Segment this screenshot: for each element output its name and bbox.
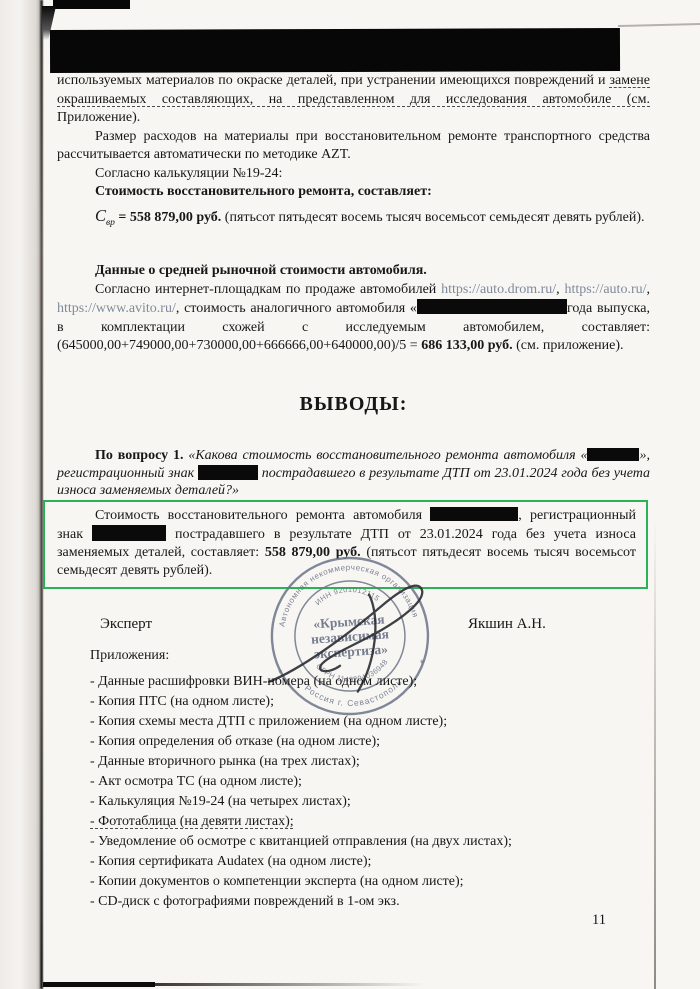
scan-corner-artifact [53, 0, 130, 9]
redaction-bar-top [50, 28, 620, 73]
page-number: 11 [592, 912, 606, 929]
paragraph-cost-title: Стоимость восстановительного ремонта, со… [57, 183, 650, 202]
paragraph-materials: используемых материалов по окраске детал… [57, 72, 650, 128]
formula-repair-cost: Свр = 558 879,00 руб. (пятьсот пятьдесят… [57, 204, 650, 235]
redaction-car-model [430, 507, 518, 521]
page-right-edge-shadow [654, 520, 656, 989]
paragraph-expenses: Размер расходов на материалы при восстан… [57, 128, 650, 165]
appendix-item: - Фототаблица (на девяти листах); [90, 812, 650, 832]
appendix-item: - Копия определения об отказе (на одном … [90, 732, 650, 752]
appendix-item: - Копии документов о компетенции эксперт… [90, 872, 650, 892]
appendices-title: Приложения: [90, 648, 650, 664]
formula-symbol: С [95, 206, 106, 225]
link-avito: https://www.avito.ru/ [57, 301, 176, 316]
section-repair-cost: используемых материалов по окраске детал… [57, 72, 650, 235]
scanned-document-page: используемых материалов по окраске детал… [0, 0, 700, 989]
appendix-item: - Калькуляция №19-24 (на четырех листах)… [90, 792, 650, 812]
scan-top-line-artifact [618, 23, 700, 27]
market-value-title: Данные о средней рыночной стоимости авто… [57, 262, 650, 281]
appendix-item: - CD-диск с фотографиями повреждений в 1… [90, 892, 650, 912]
market-value-amount: 686 133,00 руб. [421, 338, 512, 353]
conclusions-heading: ВЫВОДЫ: [57, 393, 650, 416]
paragraph-calculation-ref: Согласно калькуляции №19-24: [57, 165, 650, 184]
link-auto-drom: https://auto.drom.ru/ [441, 282, 556, 297]
appendix-item: - Данные расшифровки ВИН-номера (на одно… [90, 672, 650, 692]
redaction-reg-plate [92, 525, 166, 541]
page-edge-line [40, 0, 43, 989]
question-1: По вопросу 1. «Какова стоимость восстано… [57, 447, 650, 500]
redaction-reg-plate [198, 465, 258, 480]
appendix-item: - Данные вторичного рынка (на трех листа… [90, 752, 650, 772]
expert-name: Якшин А.Н. [468, 616, 546, 633]
paragraph-market-value: Согласно интернет-площадкам по продаже а… [57, 281, 650, 356]
appendix-item: - Акт осмотра ТС (на одном листе); [90, 772, 650, 792]
formula-subscript: вр [106, 218, 115, 228]
redaction-car-make [587, 448, 639, 461]
appendix-item: - Копия сертификата Audatex (на одном ли… [90, 852, 650, 872]
svg-text:ИНН 9201012115: ИНН 9201012115 [312, 583, 382, 608]
redaction-car-model [417, 299, 567, 314]
question-label: По вопросу 1. [95, 448, 183, 463]
section-market-value: Данные о средней рыночной стоимости авто… [57, 262, 650, 356]
scan-bottom-line-fade [155, 983, 425, 986]
scan-left-margin [0, 0, 40, 989]
expert-label: Эксперт [100, 616, 152, 632]
appendices-section: Приложения: - Данные расшифровки ВИН-ном… [57, 648, 650, 912]
appendix-item: - Копия ПТС (на одном листе); [90, 692, 650, 712]
link-auto-ru: https://auto.ru/ [564, 282, 646, 297]
repair-cost-value: 558 879,00 руб. [130, 210, 221, 225]
stamp-inn: ИНН 9201012115 [312, 583, 382, 608]
appendix-item: - Копия схемы места ДТП с приложением (н… [90, 712, 650, 732]
appendix-item: - Уведомление об осмотре с квитанцией от… [90, 832, 650, 852]
scan-bottom-line [43, 982, 155, 987]
